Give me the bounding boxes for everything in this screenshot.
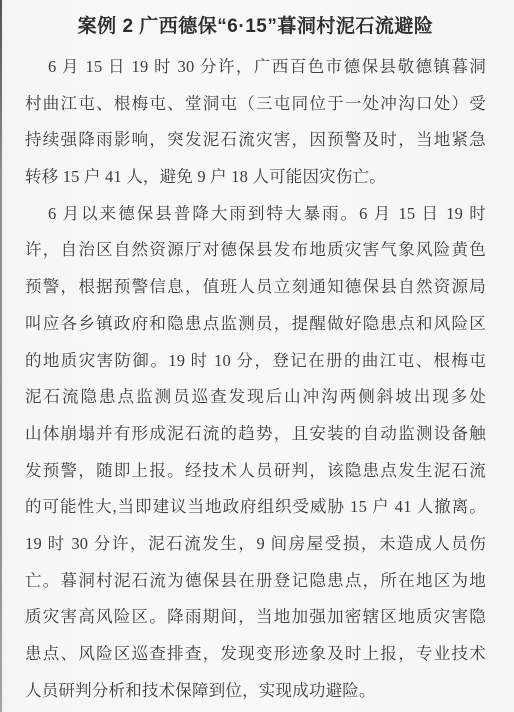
document-body: 6 月 15 日 19 时 30 分许，广西百色市德保县敬德镇暮洞 村曲江屯、根…	[25, 49, 486, 709]
text-line: 的地质灾害防御。19 时 10 分，登记在册的曲江屯、根梅屯	[25, 343, 486, 380]
document-page: 案例 2 广西德保“6·15”暮洞村泥石流避险 6 月 15 日 19 时 30…	[0, 0, 514, 712]
text-line: 泥石流隐患点监测员巡查发现后山冲沟两侧斜坡出现多处	[25, 379, 486, 416]
text-line: 许，自治区自然资源厅对德保县发布地质灾害气象风险黄色	[25, 232, 486, 269]
text-line: 预警，根据预警信息，值班人员立刻通知德保县自然资源局	[25, 269, 486, 306]
text-line: 亡。暮洞村泥石流为德保县在册登记隐患点，所在地区为地	[25, 563, 486, 600]
text-line: 村曲江屯、根梅屯、堂洞屯（三屯同位于一处冲沟口处）受	[25, 86, 486, 123]
text-line: 持续强降雨影响，突发泥石流灾害，因预警及时，当地紧急	[25, 122, 486, 159]
text-line: 转移 15 户 41 人，避免 9 户 18 人可能因灾伤亡。	[25, 159, 486, 196]
scan-edge-artifact	[0, 0, 2, 712]
text-line: 19 时 30 分许，泥石流发生，9 间房屋受损，未造成人员伤	[25, 526, 486, 563]
text-line: 人员研判分析和技术保障到位，实现成功避险。	[25, 673, 486, 710]
text-line: 6 月以来德保县普降大雨到特大暴雨。6 月 15 日 19 时	[25, 196, 486, 233]
text-line: 患点、风险区巡查排查，发现变形迹象及时上报，专业技术	[25, 636, 486, 673]
text-line: 山体崩塌并有形成泥石流的趋势，且安装的自动监测设备触	[25, 416, 486, 453]
text-line: 质灾害高风险区。降雨期间，当地加强加密辖区地质灾害隐	[25, 599, 486, 636]
text-line: 发预警，随即上报。经技术人员研判，该隐患点发生泥石流	[25, 453, 486, 490]
text-line: 6 月 15 日 19 时 30 分许，广西百色市德保县敬德镇暮洞	[25, 49, 486, 86]
case-title: 案例 2 广西德保“6·15”暮洞村泥石流避险	[25, 14, 486, 40]
text-line: 的可能性大,当即建议当地政府组织受威胁 15 户 41 人撤离。	[25, 489, 486, 526]
text-line: 叫应各乡镇政府和隐患点监测员，提醒做好隐患点和风险区	[25, 306, 486, 343]
